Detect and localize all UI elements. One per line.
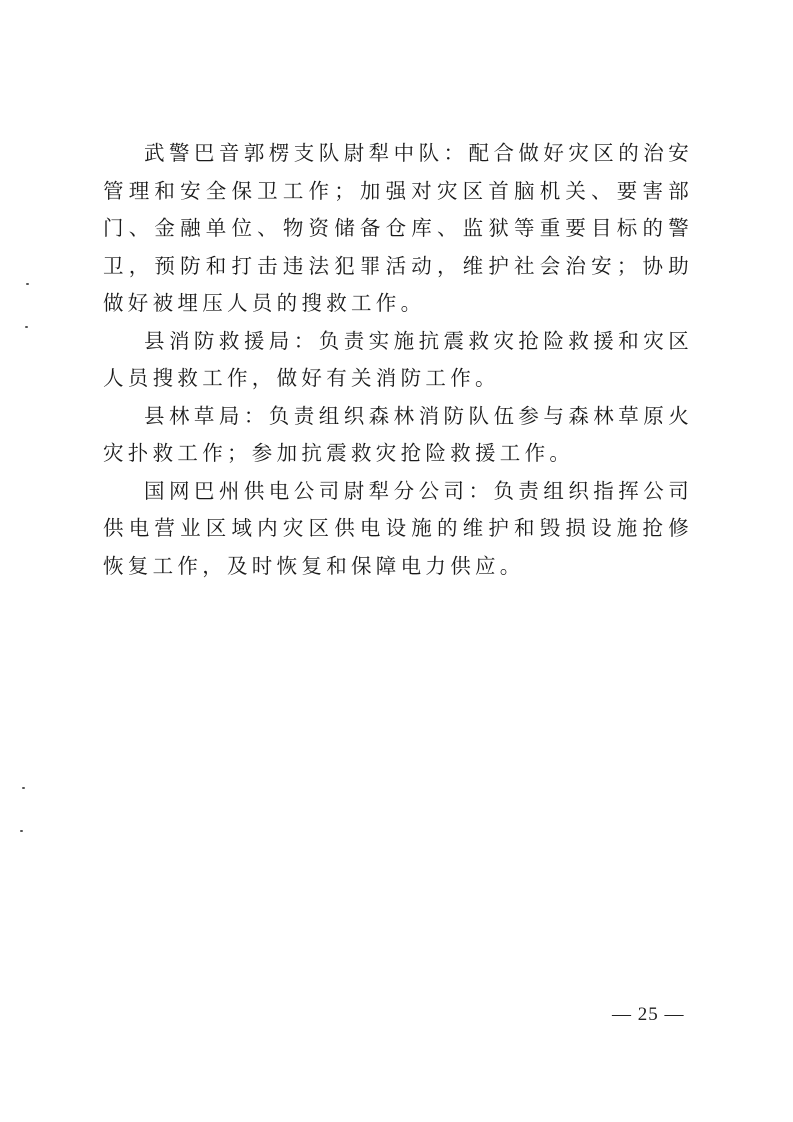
document-body: 武警巴音郭楞支队尉犁中队：配合做好灾区的治安管理和安全保卫工作；加强对灾区首脑机… <box>103 135 693 585</box>
paragraph-power-supply: 国网巴州供电公司尉犁分公司：负责组织指挥公司供电营业区域内灾区供电设施的维护和毁… <box>103 473 693 586</box>
paragraph-forestry: 县林草局：负责组织森林消防队伍参与森林草原火灾扑救工作；参加抗震救灾抢险救援工作… <box>103 398 693 473</box>
scan-speck <box>22 787 25 789</box>
page-number: — 25 — <box>612 1004 685 1026</box>
paragraph-fire-rescue: 县消防救援局：负责实施抗震救灾抢险救援和灾区人员搜救工作，做好有关消防工作。 <box>103 323 693 398</box>
scan-speck <box>25 326 28 328</box>
paragraph-armed-police: 武警巴音郭楞支队尉犁中队：配合做好灾区的治安管理和安全保卫工作；加强对灾区首脑机… <box>103 135 693 323</box>
scan-speck <box>20 830 23 832</box>
scan-speck <box>26 283 29 285</box>
